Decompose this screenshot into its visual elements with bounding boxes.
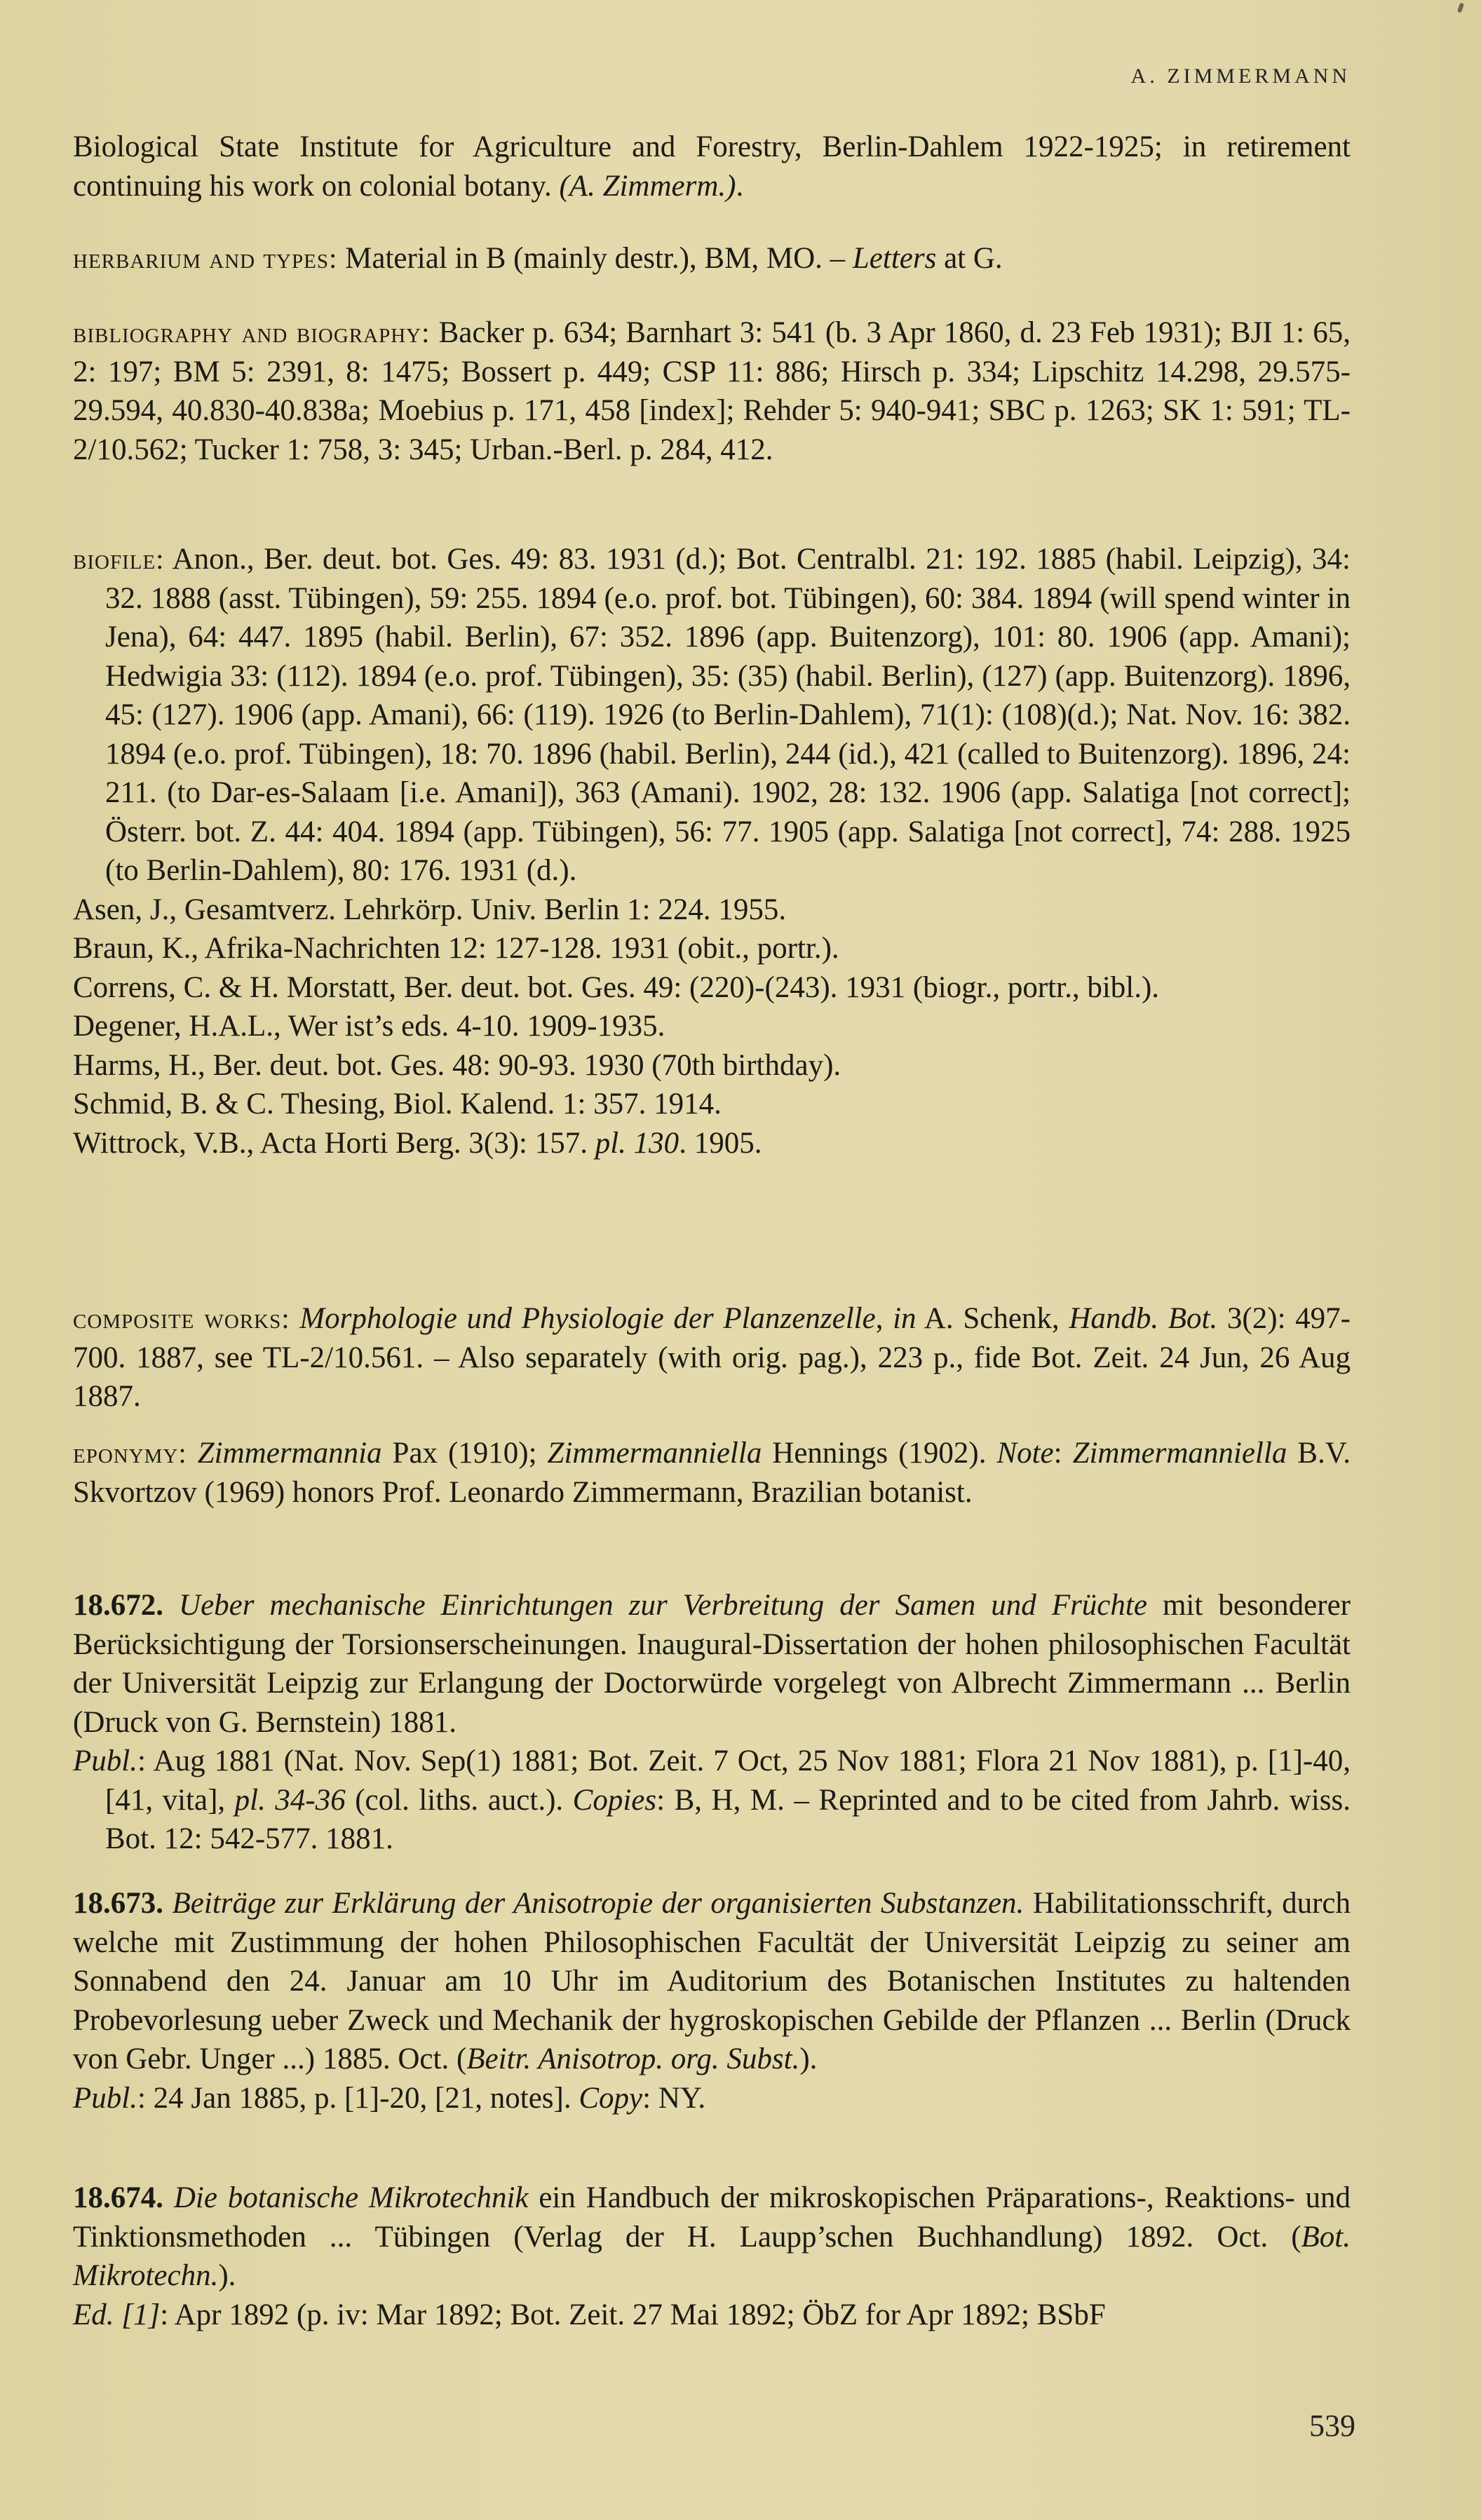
herbarium-section: herbarium and types: Material in B (main… (73, 239, 1351, 278)
biofile-ref: Degener, H.A.L., Wer ist’s eds. 4-10. 19… (73, 1007, 1351, 1046)
biofile-ref: Braun, K., Afrika-Nachrichten 12: 127-12… (73, 929, 1351, 968)
scan-artifact (1457, 2, 1464, 13)
section-label-composite: composite works: (73, 1302, 290, 1334)
biofile-main: biofile: Anon., Ber. deut. bot. Ges. 49:… (73, 540, 1351, 890)
biofile-ref: Schmid, B. & C. Thesing, Biol. Kalend. 1… (73, 1085, 1351, 1124)
entry-title: Beiträge zur Erklärung der Anisotropie d… (173, 1887, 1024, 1920)
page-number: 539 (1309, 2408, 1355, 2444)
composite-works-section: composite works: Morphologie und Physiol… (73, 1299, 1351, 1416)
section-label-bibliography: bibliography and biography: (73, 316, 430, 348)
author-abbrev: (A. Zimmerm.) (559, 170, 736, 203)
running-head: A. ZIMMERMANN (1131, 65, 1351, 88)
section-label-biofile: biofile: (73, 543, 165, 575)
eponymy-section: eponymy: Zimmermannia Pax (1910); Zimmer… (73, 1434, 1351, 1512)
entry-18-674: 18.674. Die botanische Mikrotechnik ein … (73, 2179, 1351, 2334)
entry-publ: Publ.: Aug 1881 (Nat. Nov. Sep(1) 1881; … (73, 1742, 1351, 1859)
biofile-ref: Correns, C. & H. Morstatt, Ber. deut. bo… (73, 968, 1351, 1008)
section-label-herbarium: herbarium and types: (73, 242, 337, 274)
intro-paragraph: Biological State Institute for Agricultu… (73, 128, 1351, 205)
section-label-eponymy: eponymy: (73, 1437, 187, 1469)
entry-number: 18.673. (73, 1887, 163, 1920)
bibliography-section: bibliography and biography: Backer p. 63… (73, 313, 1351, 469)
entry-number: 18.672. (73, 1589, 163, 1622)
biofile-section: biofile: Anon., Ber. deut. bot. Ges. 49:… (73, 540, 1351, 1163)
entry-edition: Ed. [1]: Apr 1892 (p. iv: Mar 1892; Bot.… (73, 2296, 1351, 2335)
entry-18-673: 18.673. Beiträge zur Erklärung der Aniso… (73, 1884, 1351, 2118)
entry-number: 18.674. (73, 2181, 163, 2214)
entry-title: Ueber mechanische Einrichtungen zur Verb… (179, 1589, 1147, 1622)
entry-publ: Publ.: 24 Jan 1885, p. [1]-20, [21, note… (73, 2079, 1351, 2118)
biofile-ref: Wittrock, V.B., Acta Horti Berg. 3(3): 1… (73, 1124, 1351, 1163)
entry-18-672: 18.672. Ueber mechanische Einrichtungen … (73, 1586, 1351, 1859)
biofile-ref: Asen, J., Gesamtverz. Lehrkörp. Univ. Be… (73, 890, 1351, 930)
entry-title: Die botanische Mikrotechnik (174, 2181, 529, 2214)
biofile-ref: Harms, H., Ber. deut. bot. Ges. 48: 90-9… (73, 1046, 1351, 1085)
